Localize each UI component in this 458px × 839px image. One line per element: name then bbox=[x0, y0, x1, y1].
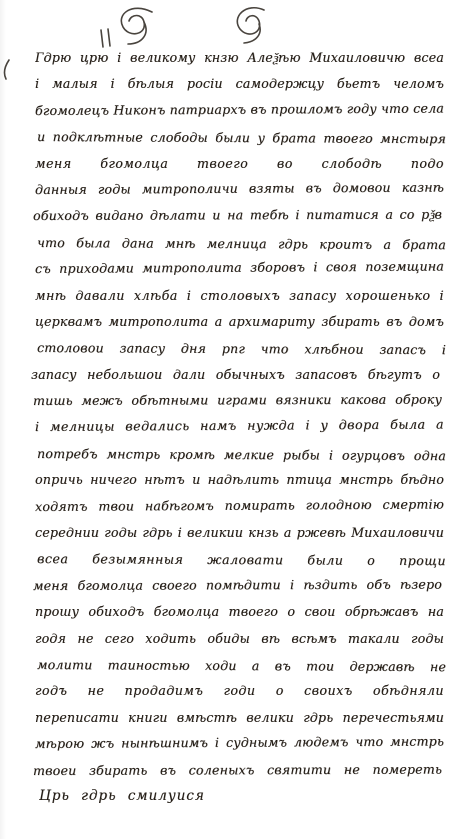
manuscript-line: обиходъ видано дѣлати и на тебѣ i питати… bbox=[33, 203, 442, 231]
manuscript-line: годъ не продадимъ годи о своихъ обѣдняли bbox=[35, 679, 444, 705]
manuscript-line: молити таиностью ходи а въ тои державѣ н… bbox=[37, 653, 446, 682]
manuscript-line: потребъ мнстрь кромѣ мелкие рыбы i огурц… bbox=[37, 442, 446, 471]
margin-hook-icon bbox=[5, 60, 9, 79]
manuscript-page: Гдрю црю i великому кнзю Алеѯѣю Михаилов… bbox=[0, 0, 458, 839]
manuscript-line: прошу обиходъ бгомолца твоего о свои обр… bbox=[35, 600, 444, 626]
manuscript-line: середнии годы гдрь i великии кнзь а ржев… bbox=[35, 521, 444, 547]
manuscript-line: мнѣ давали хлѣба i столовыхъ запасу хоро… bbox=[35, 284, 444, 310]
manuscript-line: переписати книги вмѣстѣ велики гдрь пере… bbox=[35, 706, 444, 732]
pen-trial-curl-left-icon bbox=[121, 8, 152, 33]
manuscript-line: столовои запасу дня рпг что хлѣбнои запа… bbox=[37, 336, 446, 365]
manuscript-line: Црь гдрь смилуися bbox=[35, 785, 444, 811]
manuscript-line: i мелницы ведались намъ нужда i у двора … bbox=[35, 413, 444, 442]
pen-trial-ticks-icon bbox=[101, 29, 110, 47]
manuscript-line: всеа безымянныя жаловати были о прощи са… bbox=[37, 547, 446, 576]
manuscript-line: твоеи збирать въ соленыхъ святити не пом… bbox=[33, 757, 442, 785]
manuscript-line: мѣрою жъ нынѣшнимъ i суднымъ людемъ что … bbox=[35, 730, 444, 759]
manuscript-line: съ приходами митрополита зборовъ i своя … bbox=[35, 255, 444, 284]
manuscript-line: запасу небольшои дали обычныхъ запасовъ … bbox=[31, 363, 440, 389]
manuscript-text-block: Гдрю црю i великому кнзю Алеѯѣю Михаилов… bbox=[35, 46, 444, 811]
manuscript-line: i малыя i бѣлыя росiи самодержцу бьетъ ч… bbox=[35, 72, 444, 98]
pen-trial-curl-right-icon bbox=[237, 8, 264, 34]
manuscript-line: и подклѣтные слободы были у брата твоего… bbox=[37, 125, 446, 154]
manuscript-line: годя не сего ходить обиды вѣ всѣмъ такал… bbox=[35, 627, 444, 653]
manuscript-line: Гдрю црю i великому кнзю Алеѯѣю Михаилов… bbox=[35, 46, 444, 72]
manuscript-line: бгомолецъ Никонъ патриархъ въ прошломъ г… bbox=[35, 96, 444, 125]
manuscript-line: церквамъ митрополита а архимариту збират… bbox=[35, 310, 444, 336]
manuscript-line: тишь межъ обѣтными играми вязники какова… bbox=[33, 388, 442, 416]
pen-trial-curl-left-icon bbox=[128, 22, 146, 44]
manuscript-line: опричь ничего нѣтъ и надѣлить птица мнст… bbox=[35, 468, 444, 494]
manuscript-line: данныя годы митрополичи взяты въ домовои… bbox=[35, 175, 444, 204]
manuscript-line: меня бгомолца своего помѣдити i ѣздить о… bbox=[33, 572, 442, 600]
pen-trial-curl-right-icon bbox=[244, 24, 260, 43]
manuscript-line: меня бгомолца твоего во слободѣ подо Арх… bbox=[35, 152, 444, 178]
manuscript-line: ходятъ твои набѣгомъ помирать голодною с… bbox=[35, 492, 444, 521]
